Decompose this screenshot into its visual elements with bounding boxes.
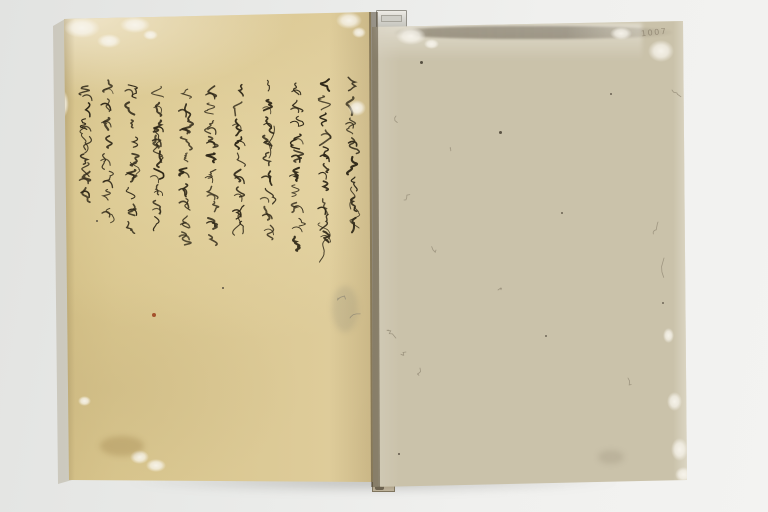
speck [561,212,563,214]
speck [610,93,612,95]
crease-mark [628,378,631,385]
paper-flake-spot [78,396,91,406]
speck [152,313,156,317]
stain-smudge [332,286,358,332]
gutter-shade [329,10,373,484]
binding-tab-top [376,10,407,28]
paper-flake-spot [352,27,366,38]
crease-mark [450,148,451,151]
calligraphy-column [233,85,246,236]
near-gutter-band [378,24,400,486]
stain-smudge [100,436,144,456]
paper-flake-spot [146,459,166,472]
paper-flake-spot [143,30,158,40]
speck [420,61,423,64]
crease-mark [417,368,420,375]
paper-flake-spot [97,34,121,48]
crease-mark [432,247,436,253]
speck [545,335,547,337]
paper-flake-spot [424,39,439,49]
speck [222,287,224,289]
stain-smudge [598,450,624,464]
paper-flake-spot [396,27,426,45]
crease-mark [404,195,410,200]
binding-tab-hole [381,15,402,22]
speck [96,220,98,222]
calligraphy-column [205,86,219,245]
paper-flake-spot [671,438,688,461]
calligraphy-column [125,85,140,233]
pencil-inventory-number: 1007 [641,27,668,39]
calligraphy-column [290,83,306,251]
paper-flake-spot [610,27,632,40]
paper-flake-spot [663,328,674,343]
calligraphy-column [179,89,193,245]
paper-flake-spot [348,100,366,116]
crease-mark [401,352,406,355]
crease-mark [653,222,658,234]
calligraphy-column [150,86,163,230]
speck [398,453,400,455]
photo-backdrop: 1007 [0,0,768,512]
speck [662,302,664,304]
paper-flake-spot [64,18,100,38]
calligraphy-column [101,80,114,223]
paper-flake-spot [648,40,674,62]
speck [499,131,502,134]
right-edge-highlight [673,21,687,481]
calligraphy-column [79,86,92,202]
paper-flake-spot [667,392,682,411]
crease-mark [498,288,502,290]
crease-mark [662,258,664,277]
calligraphy-column [260,80,275,239]
